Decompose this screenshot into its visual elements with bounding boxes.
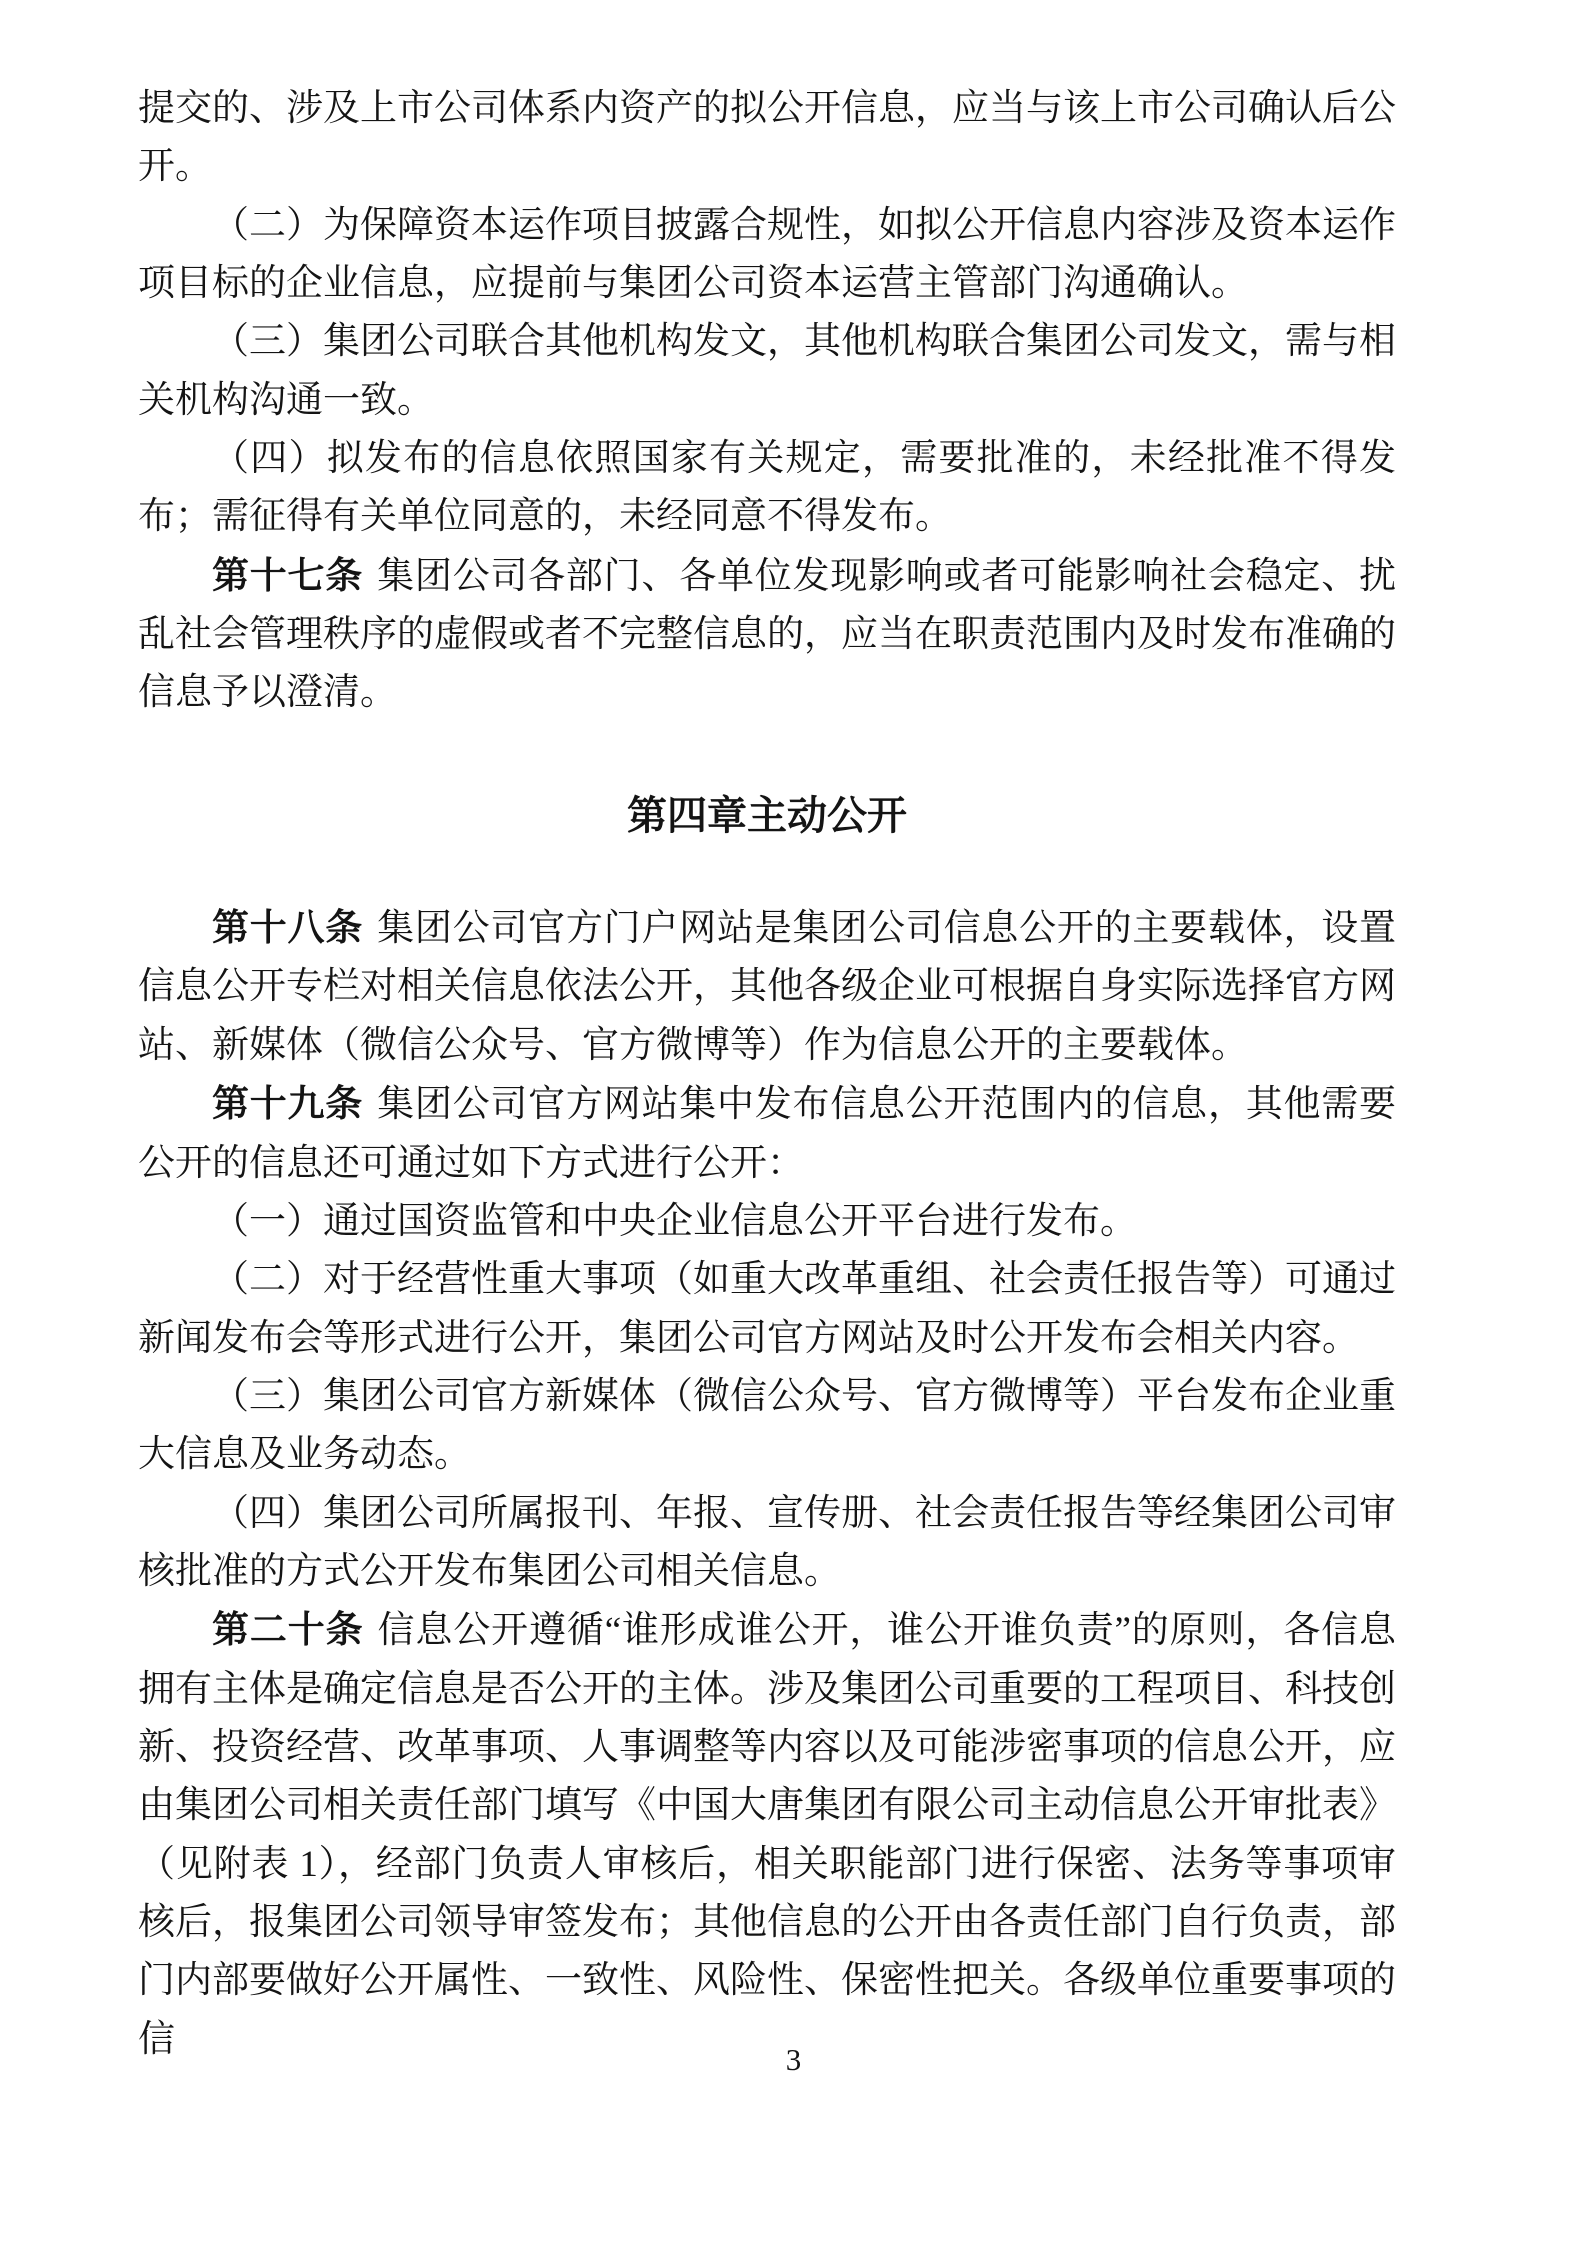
paragraph-text: （二）对于经营性重大事项（如重大改革重组、社会责任报告等）可通过新闻发布会等形式… xyxy=(138,1259,1396,1358)
paragraph: （二）为保障资本运作项目披露合规性，如拟公开信息内容涉及资本运作项目标的企业信息… xyxy=(138,197,1396,314)
article-number: 第十九条 xyxy=(212,1083,363,1124)
paragraph: 第十八条集团公司官方门户网站是集团公司信息公开的主要载体，设置信息公开专栏对相关… xyxy=(138,899,1396,1075)
paragraph: （一）通过国资监管和中央企业信息公开平台进行发布。 xyxy=(138,1193,1396,1251)
paragraph-text: （一）通过国资监管和中央企业信息公开平台进行发布。 xyxy=(212,1201,1137,1242)
page-number: 3 xyxy=(0,2040,1587,2080)
paragraph-text: （四）拟发布的信息依照国家有关规定，需要批准的，未经批准不得发布；需征得有关单位… xyxy=(138,438,1396,537)
document-body: 提交的、涉及上市公司体系内资产的拟公开信息，应当与该上市公司确认后公开。 （二）… xyxy=(138,80,1396,2069)
article-number: 第十七条 xyxy=(212,555,363,596)
paragraph-text: 提交的、涉及上市公司体系内资产的拟公开信息，应当与该上市公司确认后公开。 xyxy=(138,88,1396,187)
paragraph-text: （三）集团公司官方新媒体（微信公众号、官方微博等）平台发布企业重大信息及业务动态… xyxy=(138,1376,1396,1475)
paragraph: （二）对于经营性重大事项（如重大改革重组、社会责任报告等）可通过新闻发布会等形式… xyxy=(138,1251,1396,1368)
article-number: 第十八条 xyxy=(212,907,363,948)
document-page: 提交的、涉及上市公司体系内资产的拟公开信息，应当与该上市公司确认后公开。 （二）… xyxy=(0,0,1587,2245)
article-number: 第二十条 xyxy=(212,1609,364,1650)
paragraph-text: （二）为保障资本运作项目披露合规性，如拟公开信息内容涉及资本运作项目标的企业信息… xyxy=(138,205,1396,304)
paragraph-text: 信息公开遵循“谁形成谁公开，谁公开谁负责”的原则，各信息拥有主体是确定信息是否公… xyxy=(138,1610,1396,2059)
paragraph: （四）拟发布的信息依照国家有关规定，需要批准的，未经批准不得发布；需征得有关单位… xyxy=(138,430,1396,547)
paragraph: （三）集团公司联合其他机构发文，其他机构联合集团公司发文，需与相关机构沟通一致。 xyxy=(138,313,1396,430)
paragraph: （三）集团公司官方新媒体（微信公众号、官方微博等）平台发布企业重大信息及业务动态… xyxy=(138,1368,1396,1485)
paragraph: 提交的、涉及上市公司体系内资产的拟公开信息，应当与该上市公司确认后公开。 xyxy=(138,80,1396,197)
paragraph: 第十九条集团公司官方网站集中发布信息公开范围内的信息，其他需要公开的信息还可通过… xyxy=(138,1075,1396,1193)
paragraph-text: （三）集团公司联合其他机构发文，其他机构联合集团公司发文，需与相关机构沟通一致。 xyxy=(138,321,1396,420)
paragraph: 第二十条信息公开遵循“谁形成谁公开，谁公开谁负责”的原则，各信息拥有主体是确定信… xyxy=(138,1601,1396,2069)
chapter-heading: 第四章主动公开 xyxy=(138,787,1396,845)
paragraph: （四）集团公司所属报刊、年报、宣传册、社会责任报告等经集团公司审核批准的方式公开… xyxy=(138,1485,1396,1602)
paragraph-text: （四）集团公司所属报刊、年报、宣传册、社会责任报告等经集团公司审核批准的方式公开… xyxy=(138,1493,1396,1592)
paragraph: 第十七条集团公司各部门、各单位发现影响或者可能影响社会稳定、扰乱社会管理秩序的虚… xyxy=(138,547,1396,723)
